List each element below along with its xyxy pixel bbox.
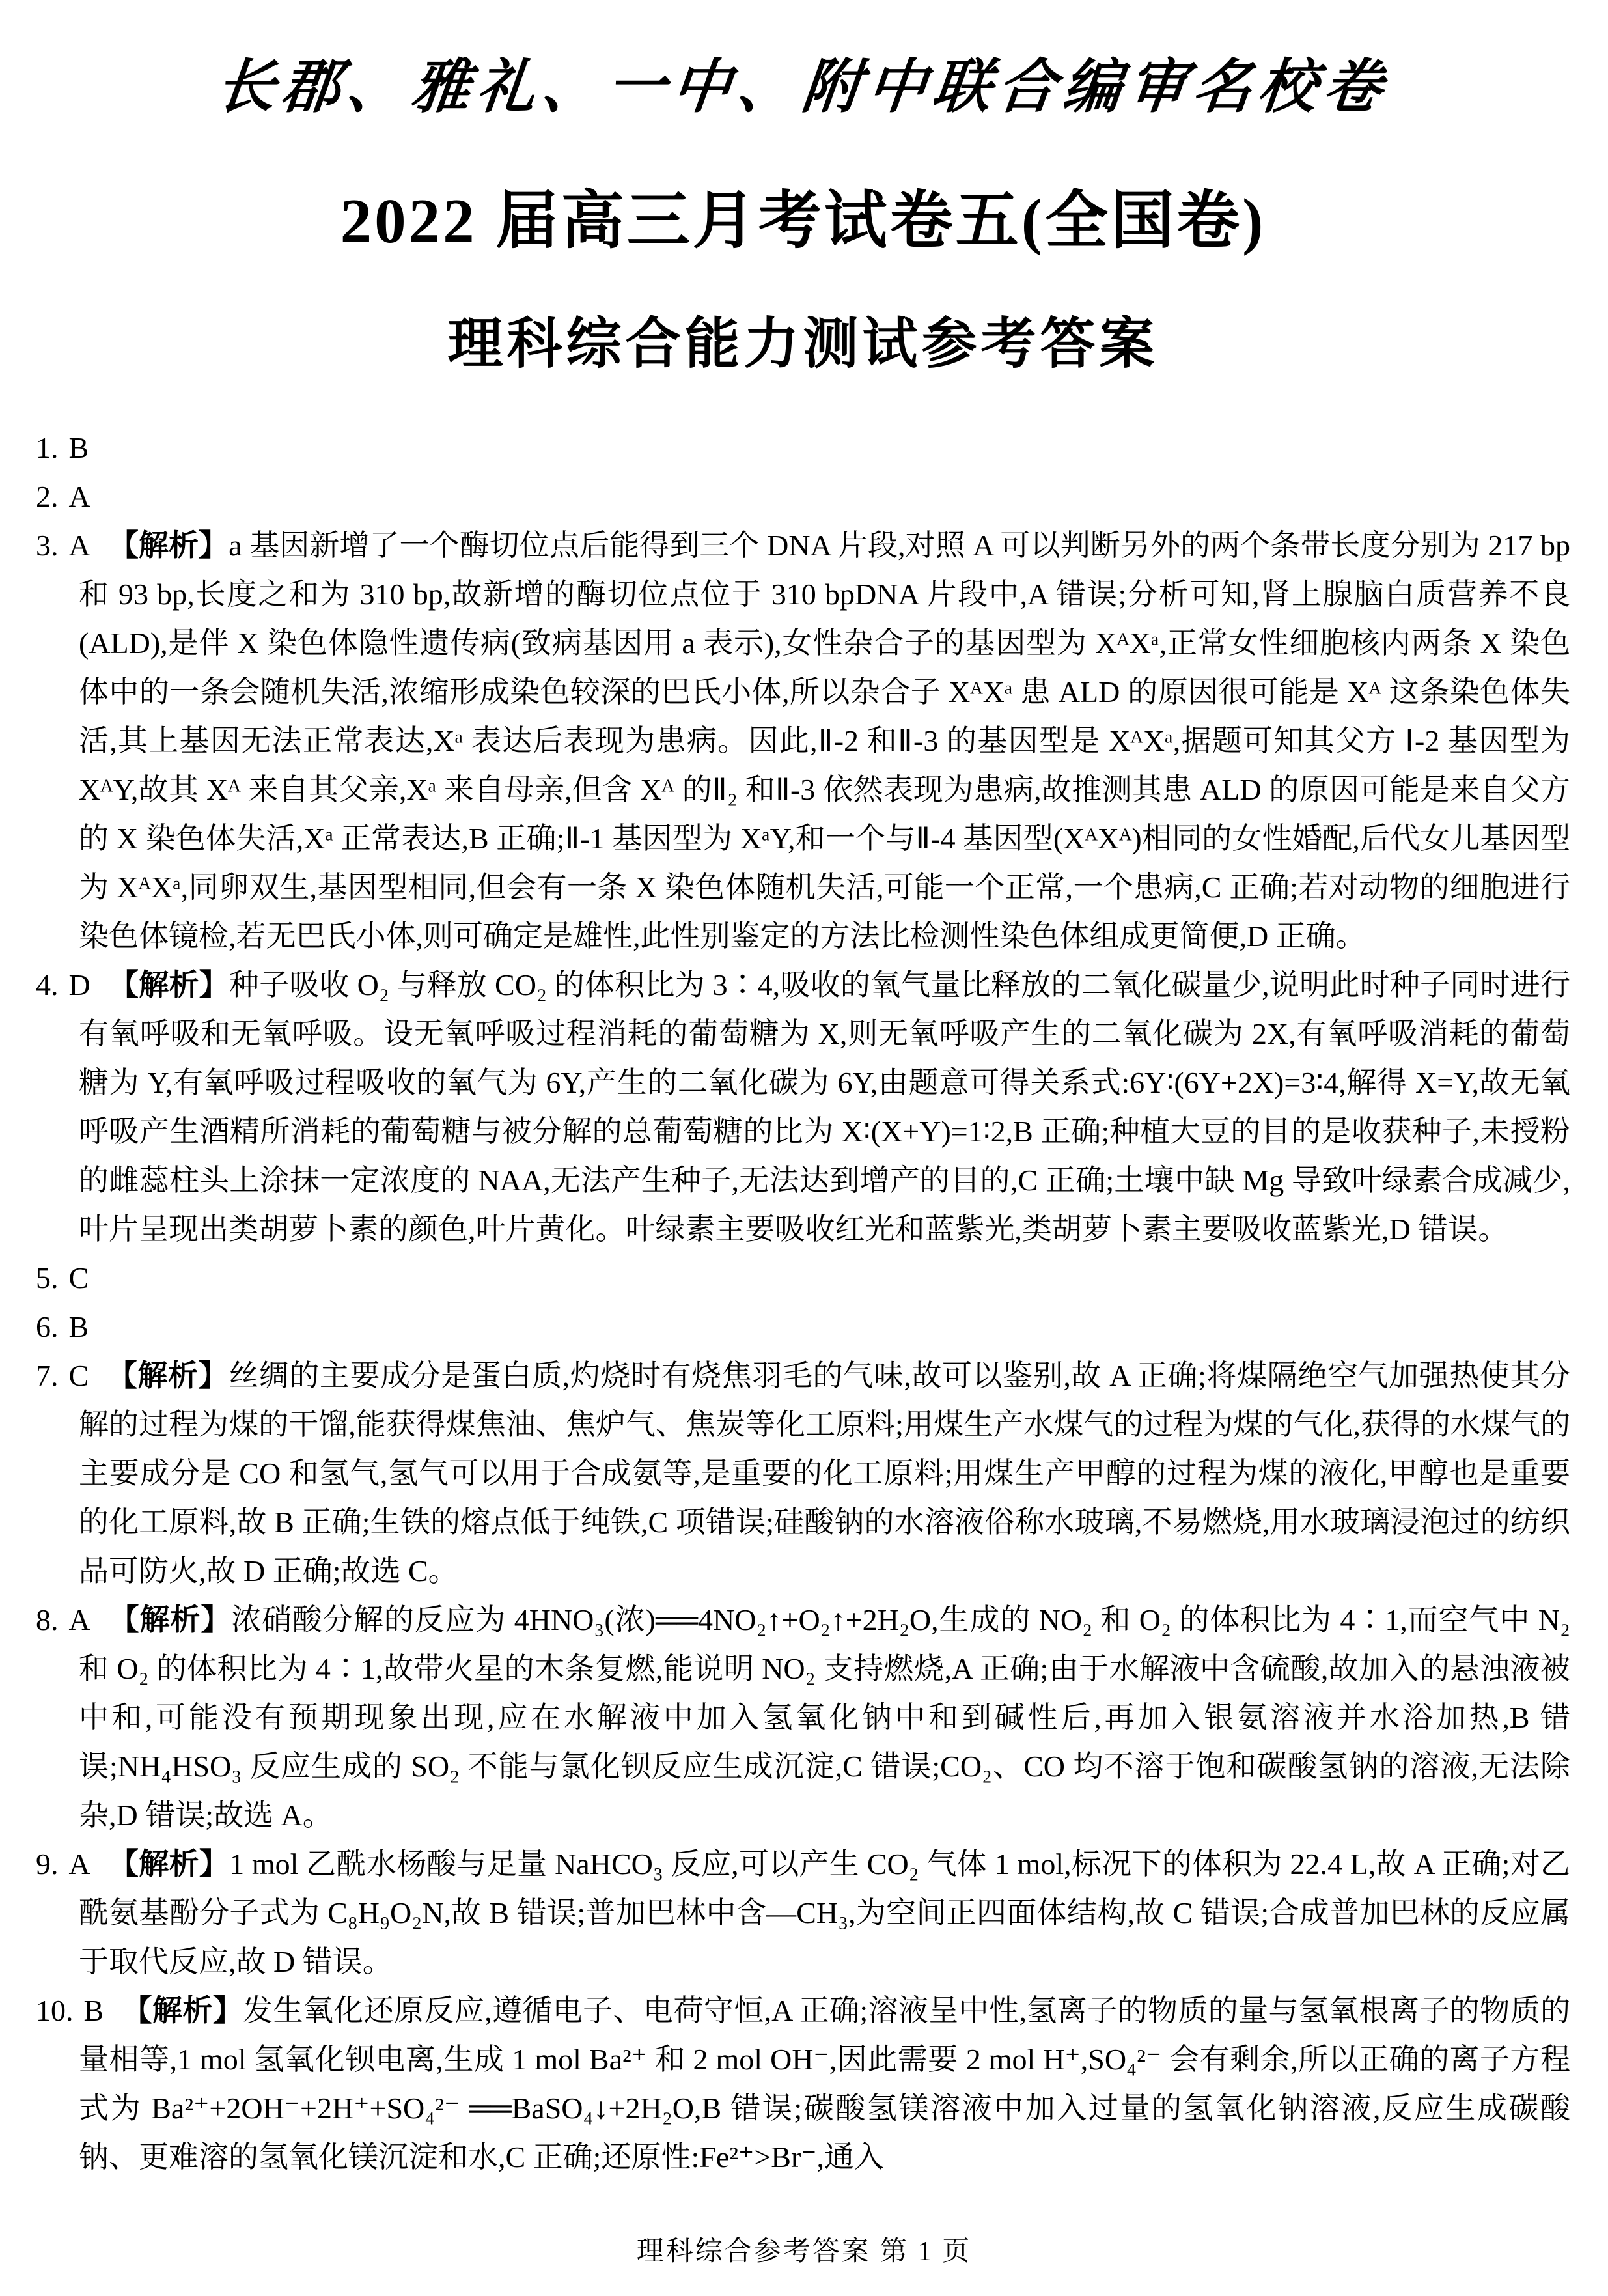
answer-number: 6. <box>36 1310 59 1343</box>
answer-item-8: 8.A【解析】浓硝酸分解的反应为 4HNO₃(浓)══4NO₂↑+O₂↑+2H₂… <box>36 1595 1570 1840</box>
answer-letter: B <box>69 1310 89 1343</box>
analysis-label: 【解析】 <box>122 1993 243 2027</box>
answer-number: 7. <box>36 1359 59 1392</box>
answer-letter: A <box>69 1847 90 1881</box>
answer-letter: A <box>69 529 90 562</box>
analysis-text: a 基因新增了一个酶切位点后能得到三个 DNA 片段,对照 A 可以判断另外的两… <box>79 529 1570 953</box>
analysis-label: 【解析】 <box>107 1358 229 1392</box>
answer-item-2: 2.A <box>36 472 1570 521</box>
answer-letter: B <box>69 431 89 464</box>
answer-item-5: 5.C <box>36 1253 1570 1302</box>
answer-letter: A <box>69 1603 90 1636</box>
answer-number: 5. <box>36 1261 59 1295</box>
answer-item-7: 7.C【解析】丝绸的主要成分是蛋白质,灼烧时有烧焦羽毛的气味,故可以鉴别,故 A… <box>36 1351 1570 1595</box>
analysis-text: 种子吸收 O₂ 与释放 CO₂ 的体积比为 3∶4,吸收的氧气量比释放的二氧化碳… <box>79 968 1570 1246</box>
analysis-text: 丝绸的主要成分是蛋白质,灼烧时有烧焦羽毛的气味,故可以鉴别,故 A 正确;将煤隔… <box>79 1359 1570 1588</box>
answer-number: 8. <box>36 1603 59 1636</box>
school-banner: 长郡、雅礼、一中、附中联合编审名校卷 <box>31 39 1575 124</box>
answer-number: 10. <box>36 1994 74 2027</box>
answer-number: 3. <box>36 529 59 562</box>
answer-item-6: 6.B <box>36 1302 1570 1351</box>
answer-number: 4. <box>36 968 59 1001</box>
page-title: 2022 届高三月考试卷五(全国卷) <box>36 169 1570 260</box>
exam-answer-page: 长郡、雅礼、一中、附中联合编审名校卷 2022 届高三月考试卷五(全国卷) 理科… <box>0 0 1608 2296</box>
page-subtitle: 理科综合能力测试参考答案 <box>36 300 1570 379</box>
answer-item-9: 9.A【解析】1 mol 乙酰水杨酸与足量 NaHCO₃ 反应,可以产生 CO₂… <box>36 1840 1570 1986</box>
answer-letter: D <box>69 968 90 1001</box>
answer-item-10: 10.B【解析】发生氧化还原反应,遵循电子、电荷守恒,A 正确;溶液呈中性,氢离… <box>36 1986 1570 2181</box>
analysis-label: 【解析】 <box>109 1847 229 1881</box>
answer-letter: C <box>69 1359 89 1392</box>
answer-item-1: 1.B <box>36 423 1570 472</box>
answer-number: 1. <box>36 431 59 464</box>
analysis-label: 【解析】 <box>109 1603 232 1636</box>
answer-number: 9. <box>36 1847 59 1881</box>
analysis-label: 【解析】 <box>109 528 229 562</box>
answer-letter: C <box>69 1261 89 1295</box>
answer-list: 1.B 2.A 3.A【解析】a 基因新增了一个酶切位点后能得到三个 DNA 片… <box>36 423 1570 2181</box>
answer-item-4: 4.D【解析】种子吸收 O₂ 与释放 CO₂ 的体积比为 3∶4,吸收的氧气量比… <box>36 960 1570 1253</box>
analysis-label: 【解析】 <box>109 968 229 1001</box>
page-footer: 理科综合参考答案 第 1 页 <box>0 2230 1608 2269</box>
analysis-text: 发生氧化还原反应,遵循电子、电荷守恒,A 正确;溶液呈中性,氢离子的物质的量与氢… <box>79 1994 1570 2174</box>
answer-letter: A <box>69 480 90 513</box>
analysis-text: 1 mol 乙酰水杨酸与足量 NaHCO₃ 反应,可以产生 CO₂ 气体 1 m… <box>79 1847 1570 1978</box>
analysis-text: 浓硝酸分解的反应为 4HNO₃(浓)══4NO₂↑+O₂↑+2H₂O,生成的 N… <box>79 1603 1570 1832</box>
answer-number: 2. <box>36 480 59 513</box>
answer-letter: B <box>84 1994 104 2027</box>
answer-item-3: 3.A【解析】a 基因新增了一个酶切位点后能得到三个 DNA 片段,对照 A 可… <box>36 521 1570 960</box>
